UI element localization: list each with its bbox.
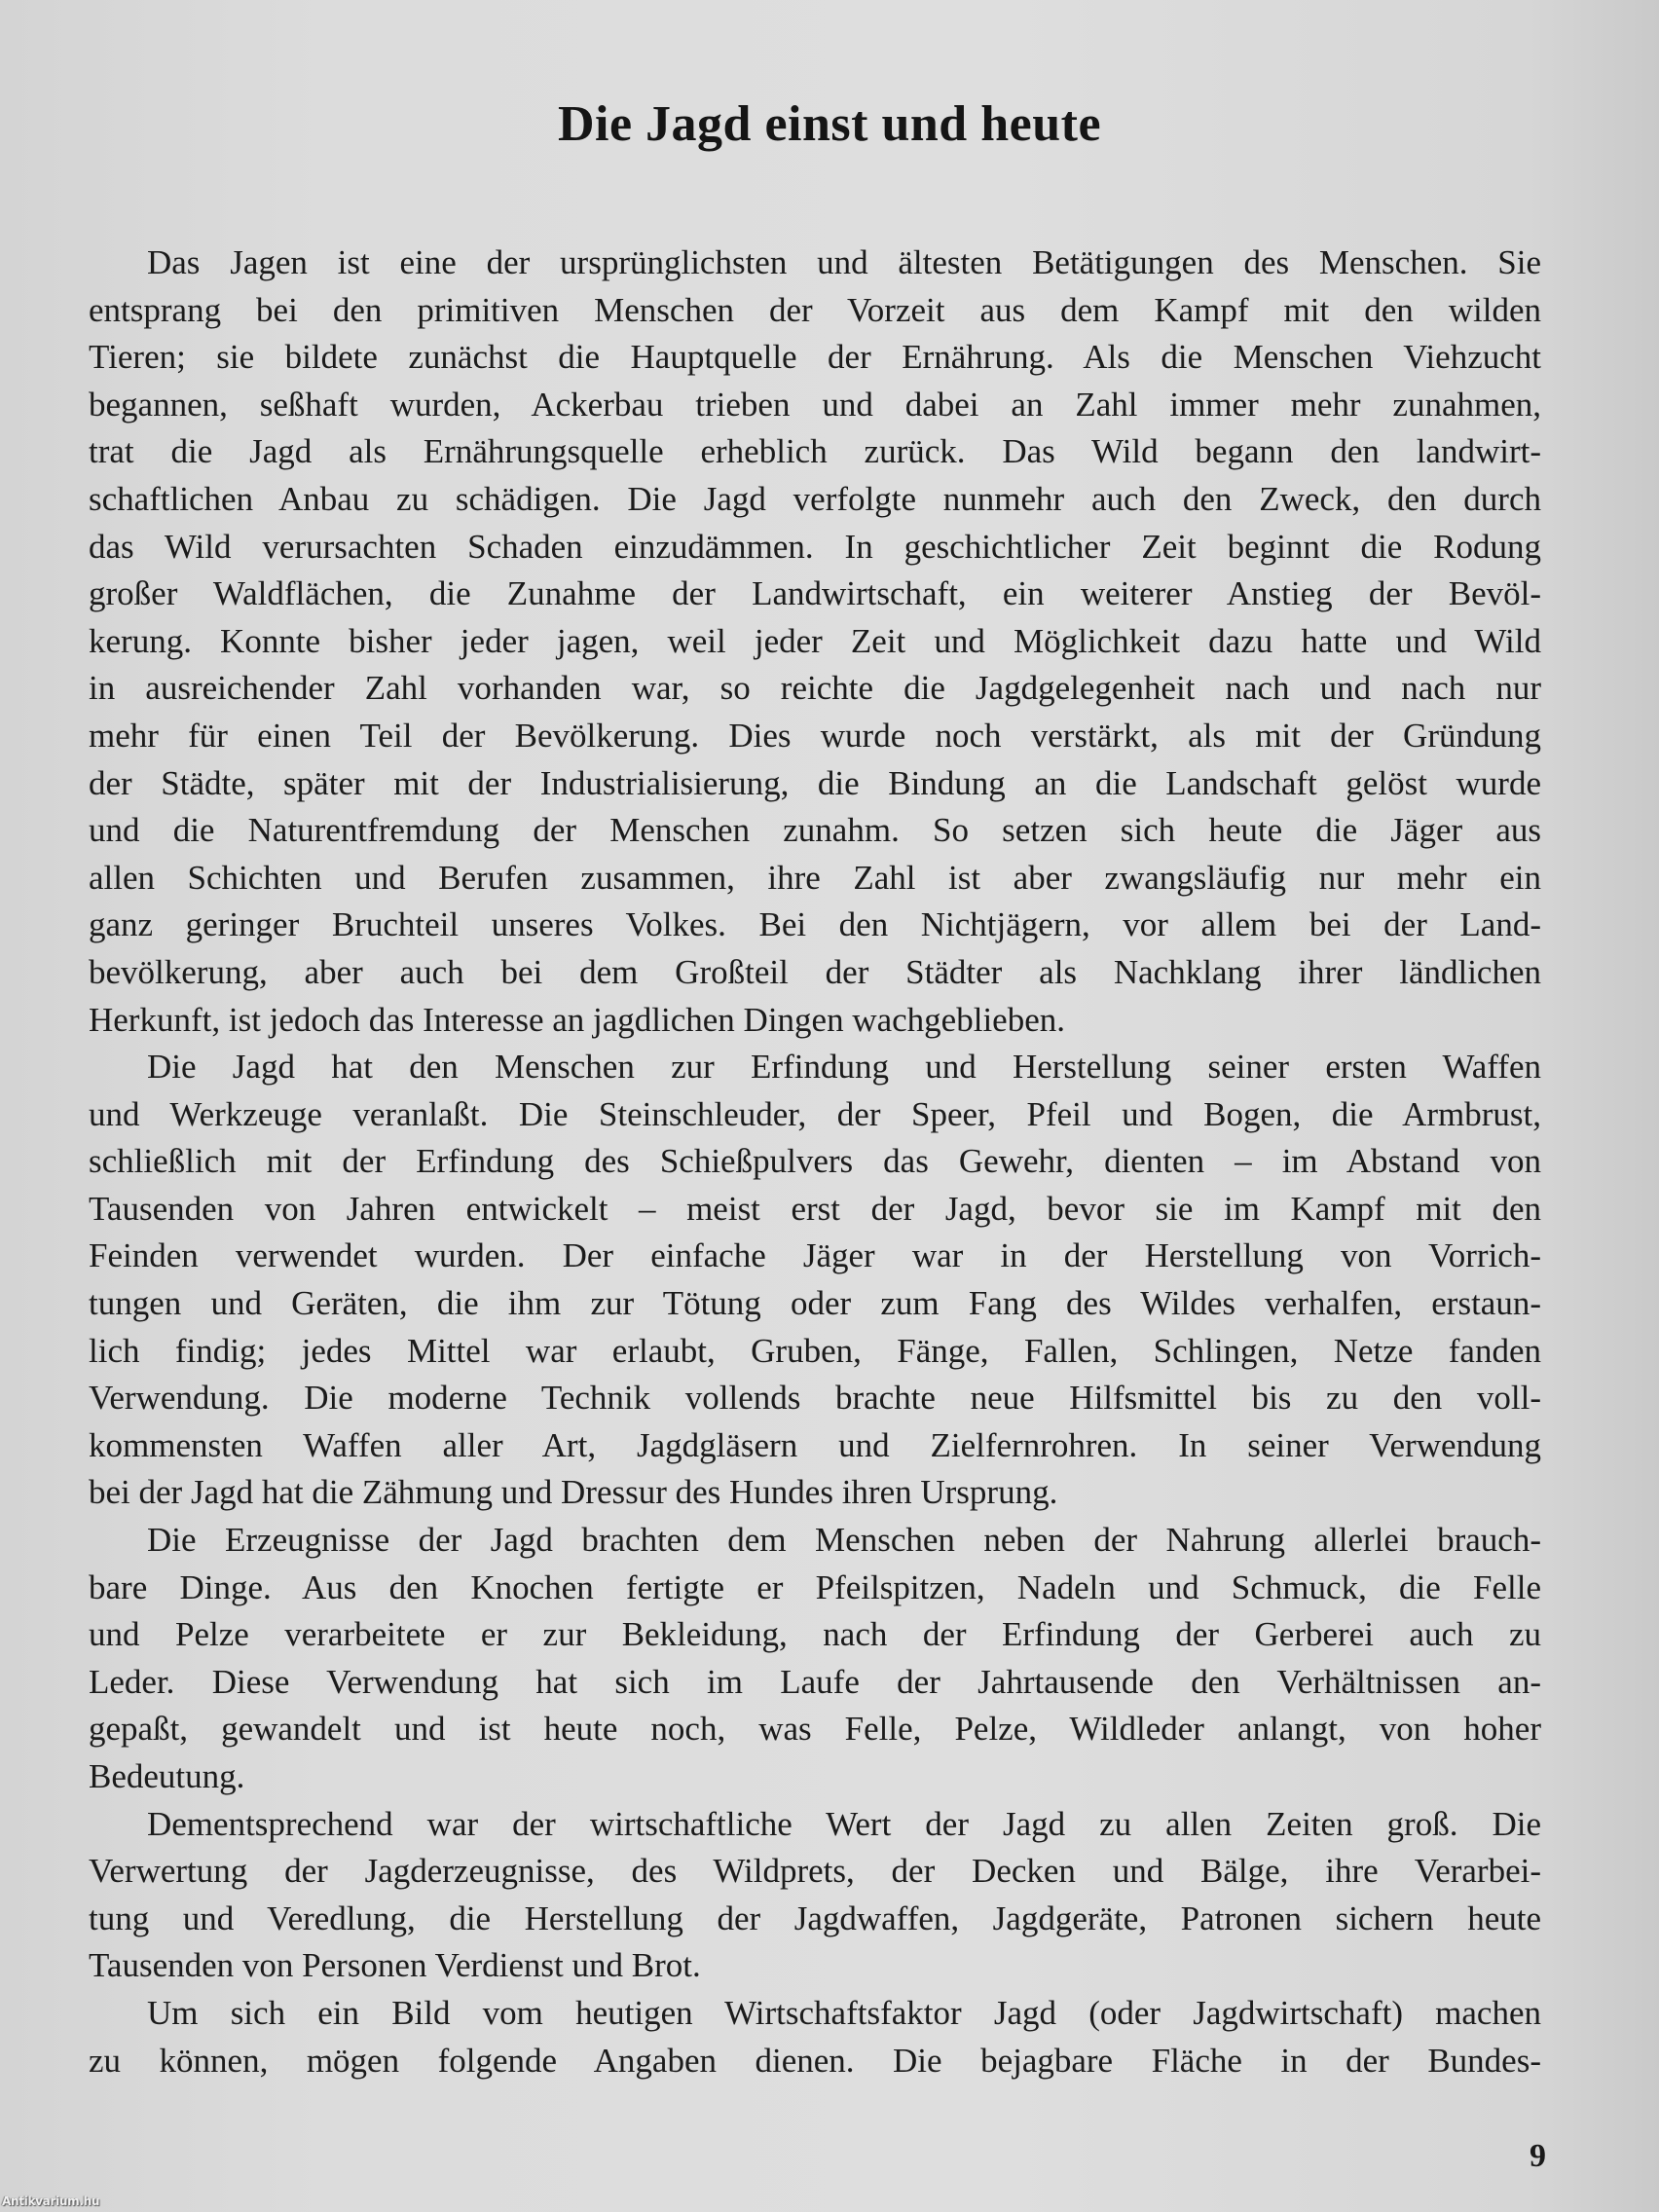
- text-line: Das Jagen ist eine der ursprünglichsten …: [89, 240, 1541, 287]
- text-line: und die Naturentfremdung der Menschen zu…: [89, 807, 1541, 855]
- watermark-logo: Antikvarium.hu: [2, 2194, 99, 2208]
- paragraph-3: Die Erzeugnisse der Jagd brachten dem Me…: [89, 1517, 1541, 1801]
- text-line: schließlich mit der Erfindung des Schieß…: [89, 1138, 1541, 1186]
- text-line: Die Erzeugnisse der Jagd brachten dem Me…: [89, 1517, 1541, 1565]
- text-line: trat die Jagd als Ernährungsquelle erheb…: [89, 428, 1541, 476]
- text-line: bevölkerung, aber auch bei dem Großteil …: [89, 949, 1541, 997]
- text-line: Verwertung der Jagderzeugnisse, des Wild…: [89, 1848, 1541, 1896]
- text-line: Leder. Diese Verwendung hat sich im Lauf…: [89, 1659, 1541, 1707]
- text-line: Dementsprechend war der wirtschaftliche …: [89, 1801, 1541, 1849]
- text-line: bare Dinge. Aus den Knochen fertigte er …: [89, 1565, 1541, 1612]
- text-line: Verwendung. Die moderne Technik vollends…: [89, 1375, 1541, 1422]
- text-line: gepaßt, gewandelt und ist heute noch, wa…: [89, 1706, 1541, 1753]
- text-line: Die Jagd hat den Menschen zur Erfindung …: [89, 1044, 1541, 1091]
- text-line: kerung. Konnte bisher jeder jagen, weil …: [89, 618, 1541, 666]
- text-line: in ausreichender Zahl vorhanden war, so …: [89, 665, 1541, 713]
- paragraph-2: Die Jagd hat den Menschen zur Erfindung …: [89, 1044, 1541, 1517]
- body-text: Das Jagen ist eine der ursprünglichsten …: [89, 240, 1541, 2084]
- text-line: entsprang bei den primitiven Menschen de…: [89, 287, 1541, 335]
- page-number: 9: [1530, 2138, 1546, 2175]
- text-line: und Pelze verarbeitete er zur Bekleidung…: [89, 1611, 1541, 1659]
- text-line: und Werkzeuge veranlaßt. Die Steinschleu…: [89, 1091, 1541, 1139]
- text-line: Tausenden von Jahren entwickelt – meist …: [89, 1186, 1541, 1234]
- text-line: Tieren; sie bildete zunächst die Hauptqu…: [89, 334, 1541, 382]
- text-line: tung und Veredlung, die Herstellung der …: [89, 1896, 1541, 1943]
- text-line: ganz geringer Bruchteil unseres Volkes. …: [89, 902, 1541, 949]
- text-line: kommensten Waffen aller Art, Jagdgläsern…: [89, 1422, 1541, 1470]
- paragraph-4: Dementsprechend war der wirtschaftliche …: [89, 1801, 1541, 1990]
- text-line: das Wild verursachten Schaden einzudämme…: [89, 524, 1541, 571]
- text-line: der Städte, später mit der Industrialisi…: [89, 760, 1541, 808]
- paragraph-1: Das Jagen ist eine der ursprünglichsten …: [89, 240, 1541, 1044]
- text-line: schaftlichen Anbau zu schädigen. Die Jag…: [89, 476, 1541, 524]
- text-line: lich findig; jedes Mittel war erlaubt, G…: [89, 1328, 1541, 1376]
- text-line: begannen, seßhaft wurden, Ackerbau trieb…: [89, 382, 1541, 429]
- book-page: Die Jagd einst und heute Das Jagen ist e…: [0, 0, 1659, 2212]
- text-line: tungen und Geräten, die ihm zur Tötung o…: [89, 1280, 1541, 1328]
- text-line: Tausenden von Personen Verdienst und Bro…: [89, 1942, 1541, 1990]
- text-line: allen Schichten und Berufen zusammen, ih…: [89, 855, 1541, 903]
- text-line: großer Waldflächen, die Zunahme der Land…: [89, 571, 1541, 618]
- paragraph-5: Um sich ein Bild vom heutigen Wirtschaft…: [89, 1990, 1541, 2084]
- text-line: Herkunft, ist jedoch das Interesse an ja…: [89, 997, 1541, 1045]
- text-line: Feinden verwendet wurden. Der einfache J…: [89, 1233, 1541, 1280]
- text-line: bei der Jagd hat die Zähmung und Dressur…: [89, 1469, 1541, 1517]
- text-line: Um sich ein Bild vom heutigen Wirtschaft…: [89, 1990, 1541, 2038]
- text-line: Bedeutung.: [89, 1753, 1541, 1801]
- text-line: mehr für einen Teil der Bevölkerung. Die…: [89, 713, 1541, 760]
- text-line: zu können, mögen folgende Angaben dienen…: [89, 2038, 1541, 2085]
- page-title: Die Jagd einst und heute: [0, 95, 1659, 153]
